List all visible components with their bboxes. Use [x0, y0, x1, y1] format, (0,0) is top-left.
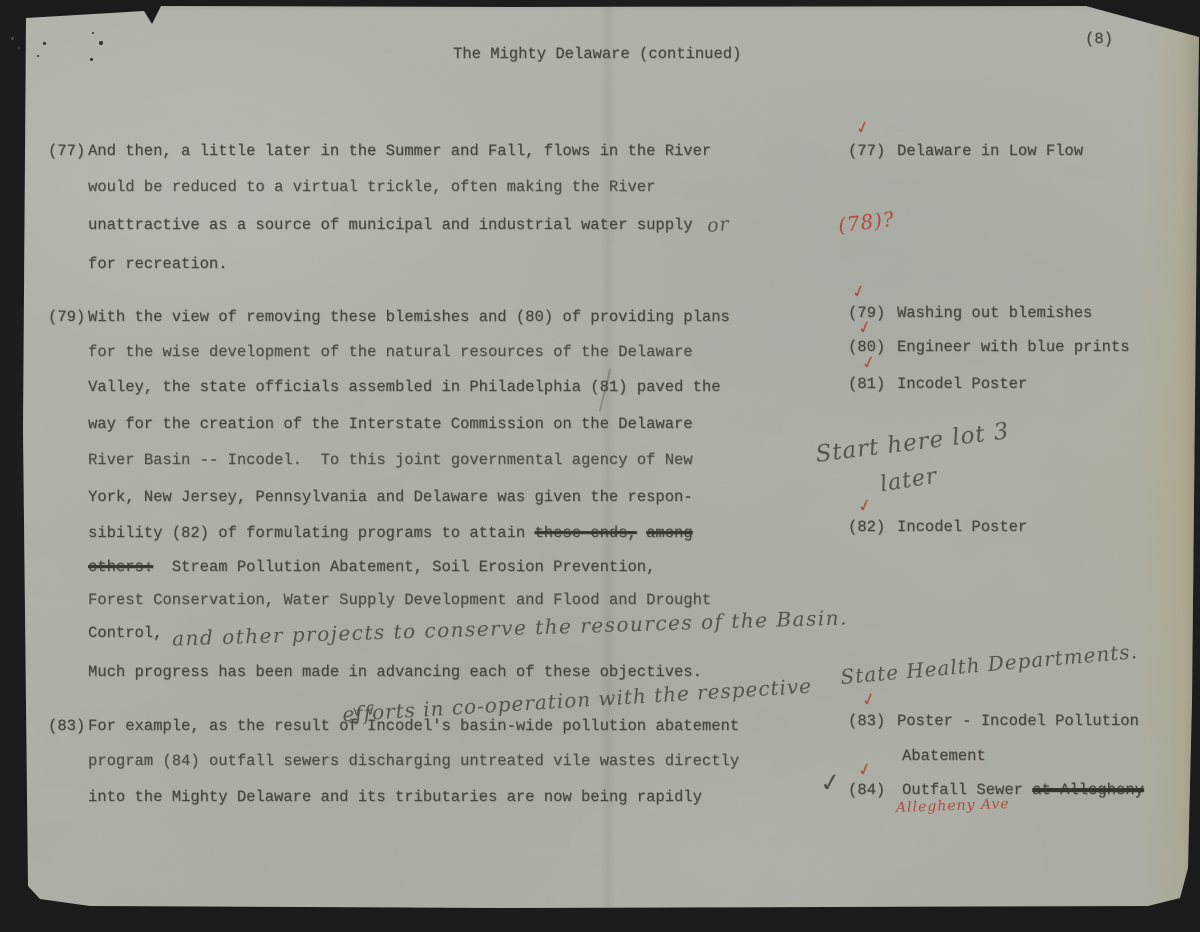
struck-text: others: [88, 558, 153, 576]
paper-speck [99, 41, 103, 45]
typed-line: Control, [88, 624, 162, 642]
shot-82-label: Incodel Poster [897, 518, 1027, 536]
typed-line: For example, as the result of Incodel's … [88, 717, 739, 735]
typed-line: others: Stream Pollution Abatement, Soil… [88, 558, 655, 576]
typed-line: program (84) outfall sewers discharging … [88, 752, 739, 770]
typed-text: Stream Pollution Abatement, Soil Erosion… [153, 558, 655, 576]
paper-speck [92, 32, 94, 34]
paper-speck [90, 58, 93, 61]
paragraph-79-number: (79) [48, 308, 85, 326]
typed-text [637, 524, 646, 542]
document-page: (8) The Mighty Delaware (continued) (77)… [0, 0, 1200, 932]
shot-80-label: Engineer with blue prints [897, 338, 1130, 356]
shot-84-number: (84) [848, 781, 885, 799]
shot-81-label: Incodel Poster [897, 375, 1027, 393]
typed-line: for recreation. [88, 255, 228, 273]
typed-line: into the Mighty Delaware and its tributa… [88, 788, 702, 806]
handwritten-insertion-or: or [706, 213, 730, 237]
paper-edge-shading [0, 906, 1200, 932]
shot-77-number: (77) [848, 142, 885, 160]
typed-line: And then, a little later in the Summer a… [88, 142, 711, 160]
typed-text: sibility (82) of formulating programs to… [88, 524, 534, 542]
shot-77-label: Delaware in Low Flow [897, 142, 1083, 160]
struck-text: among [646, 524, 693, 542]
typed-line: would be reduced to a virtual trickle, o… [88, 178, 655, 196]
typed-line: Forest Conservation, Water Supply Develo… [88, 591, 711, 609]
pencil-checkmark-icon: ✓ [818, 767, 843, 799]
shot-82-number: (82) [848, 518, 885, 536]
typed-line: way for the creation of the Interstate C… [88, 415, 693, 433]
dust-speck [18, 47, 20, 49]
dust-speck [11, 37, 14, 40]
shot-79-label: Washing out blemishes [897, 304, 1092, 322]
typed-line: unattractive as a source of municipal an… [88, 216, 693, 234]
struck-text: these ends, [534, 524, 636, 542]
typed-line: Valley, the state officials assembled in… [88, 378, 721, 396]
shot-83-label: Poster - Incodel Pollution [897, 712, 1139, 730]
shot-81-number: (81) [848, 375, 885, 393]
paper-edge-shading [1142, 0, 1200, 932]
paper-speck [37, 55, 39, 57]
shot-83-number: (83) [848, 712, 885, 730]
typed-line: River Basin -- Incodel. To this joint go… [88, 451, 693, 469]
typed-text: Outfall Sewer [902, 781, 1032, 799]
paragraph-83-number: (83) [48, 717, 85, 735]
typed-line: sibility (82) of formulating programs to… [88, 524, 693, 542]
typed-line: for the wise development of the natural … [88, 343, 693, 361]
struck-text: at Allegheny [1032, 781, 1144, 799]
page-number: (8) [1085, 30, 1113, 48]
paper-edge-shading [0, 0, 16, 932]
page-title: The Mighty Delaware (continued) [453, 45, 741, 63]
typed-line: York, New Jersey, Pennsylvania and Delaw… [88, 488, 693, 506]
photo-background: (8) The Mighty Delaware (continued) (77)… [0, 0, 1200, 932]
typed-line: Much progress has been made in advancing… [88, 663, 702, 681]
shot-83-label-line2: Abatement [902, 747, 986, 765]
typed-line: With the view of removing these blemishe… [88, 308, 730, 326]
paragraph-77-number: (77) [48, 142, 85, 160]
shot-84-label: Outfall Sewer at Allegheny [902, 781, 1144, 799]
paper-speck [43, 42, 46, 45]
